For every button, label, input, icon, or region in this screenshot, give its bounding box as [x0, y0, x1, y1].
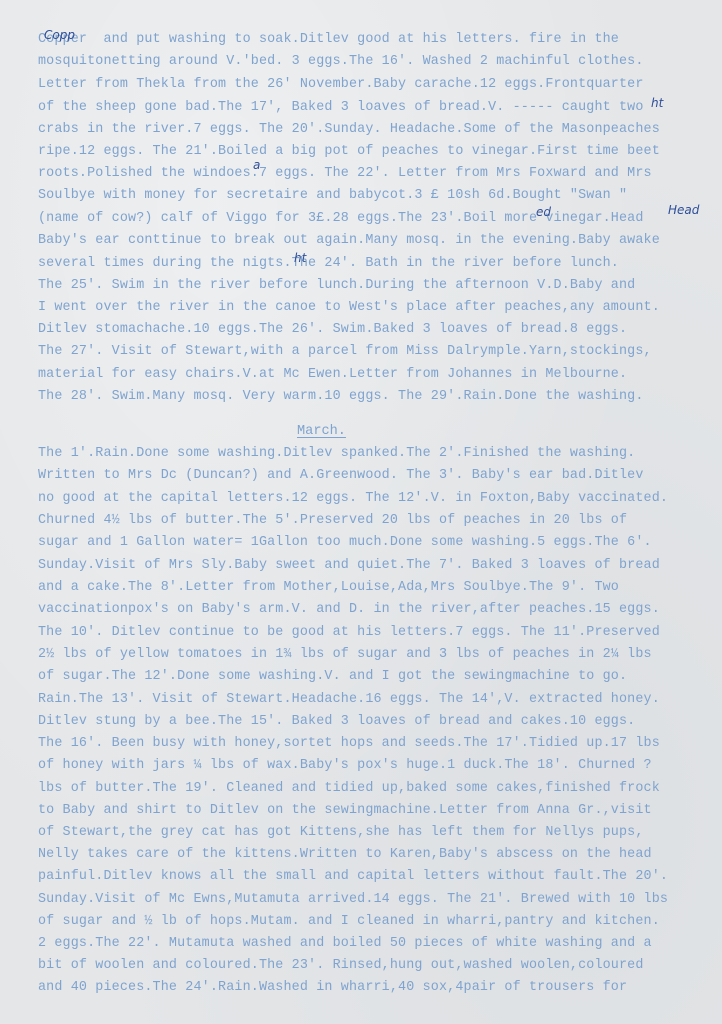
text-line: The 1'.Rain.Done some washing.Ditlev spa…	[38, 446, 635, 462]
text-line: several times during the nigts.The 24'. …	[38, 256, 619, 272]
text-line: 2 eggs.The 22'. Mutamuta washed and boil…	[38, 936, 652, 952]
text-line: and 40 pieces.The 24'.Rain.Washed in wha…	[38, 980, 627, 996]
text-line: (name of cow?) calf of Viggo for 3£.28 e…	[38, 211, 644, 227]
text-line: of sugar and ½ lb of hops.Mutam. and I c…	[38, 914, 660, 930]
handwritten-annotation: a	[253, 158, 260, 172]
text-line: The 28'. Swim.Many mosq. Very warm.10 eg…	[38, 389, 644, 405]
text-line: of the sheep gone bad.The 17', Baked 3 l…	[38, 100, 644, 116]
text-line: Ditlev stomachache.10 eggs.The 26'. Swim…	[38, 322, 627, 338]
handwritten-annotation: ed	[536, 205, 551, 219]
text-line: to Baby and shirt to Ditlev on the sewin…	[38, 803, 652, 819]
text-line: lbs of butter.The 19'. Cleaned and tidie…	[38, 781, 660, 797]
text-line: The 10'. Ditlev continue to be good at h…	[38, 625, 660, 641]
text-line: Written to Mrs Dc (Duncan?) and A.Greenw…	[38, 468, 644, 484]
text-line: and a cake.The 8'.Letter from Mother,Lou…	[38, 580, 619, 596]
text-line: mosquitonetting around V.'bed. 3 eggs.Th…	[38, 54, 644, 70]
text-line: Copper and put washing to soak.Ditlev go…	[38, 32, 619, 48]
text-line: Sunday.Visit of Mrs Sly.Baby sweet and q…	[38, 558, 660, 574]
text-line: Soulbye with money for secretaire and ba…	[38, 188, 627, 204]
text-line: bit of woolen and coloured.The 23'. Rins…	[38, 958, 644, 974]
text-line: The 25'. Swim in the river before lunch.…	[38, 278, 635, 294]
text-line: no good at the capital letters.12 eggs. …	[38, 491, 668, 507]
text-line: Rain.The 13'. Visit of Stewart.Headache.…	[38, 692, 660, 708]
document-page: Copper and put washing to soak.Ditlev go…	[0, 0, 722, 1024]
text-line: of Stewart,the grey cat has got Kittens,…	[38, 825, 644, 841]
text-line: ripe.12 eggs. The 21'.Boiled a big pot o…	[38, 144, 660, 160]
text-line: Sunday.Visit of Mc Ewns,Mutamuta arrived…	[38, 892, 668, 908]
text-line: Churned 4½ lbs of butter.The 5'.Preserve…	[38, 513, 627, 529]
text-line: of honey with jars ¼ lbs of wax.Baby's p…	[38, 758, 652, 774]
handwritten-annotation: Head	[668, 203, 699, 217]
text-line: roots.Polished the windoes.7 eggs. The 2…	[38, 166, 652, 182]
handwritten-annotation: Copp	[44, 28, 75, 42]
text-line: I went over the river in the canoe to We…	[38, 300, 660, 316]
text-line: Baby's ear conttinue to break out again.…	[38, 233, 660, 249]
text-line: of sugar.The 12'.Done some washing.V. an…	[38, 669, 627, 685]
handwritten-annotation: ht	[294, 251, 306, 265]
text-line: vaccinationpox's on Baby's arm.V. and D.…	[38, 602, 660, 618]
text-line: material for easy chairs.V.at Mc Ewen.Le…	[38, 367, 627, 383]
text-line: crabs in the river.7 eggs. The 20'.Sunda…	[38, 122, 660, 138]
text-line: Ditlev stung by a bee.The 15'. Baked 3 l…	[38, 714, 635, 730]
handwritten-annotation: ht	[651, 96, 663, 110]
text-line: Nelly takes care of the kittens.Written …	[38, 847, 652, 863]
text-line: Letter from Thekla from the 26' November…	[38, 77, 644, 93]
text-line: sugar and 1 Gallon water= 1Gallon too mu…	[38, 535, 652, 551]
text-line: The 27'. Visit of Stewart,with a parcel …	[38, 344, 652, 360]
section-heading-march: March.	[297, 424, 346, 440]
text-line: painful.Ditlev knows all the small and c…	[38, 869, 668, 885]
text-line: 2½ lbs of yellow tomatoes in 1¾ lbs of s…	[38, 647, 652, 663]
text-line: The 16'. Been busy with honey,sortet hop…	[38, 736, 660, 752]
